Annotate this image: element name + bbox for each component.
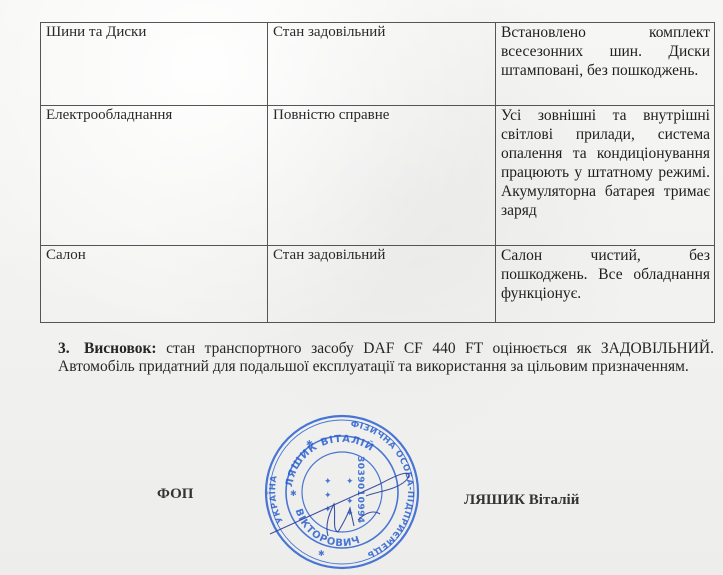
table-row: Салон Стан задовільний Салон чистий, без…: [41, 246, 715, 323]
description-cell: Салон чистий, без пошкоджень. Все обладн…: [496, 246, 715, 323]
conclusion-lead: Висновок:: [84, 340, 157, 357]
inspection-table: Шини та Диски Стан задовільний Встановле…: [40, 22, 715, 323]
conclusion-text: стан транспортного засобу DAF CF 440 FT …: [58, 340, 714, 375]
component-cell: Шини та Диски: [41, 23, 268, 106]
stamp-seal-icon: ФІЗИЧНА ОСОБА-ПІДПРИЄМЕЦЬ ЛЯШИК ВІТАЛІЙ …: [262, 412, 422, 572]
official-stamp: ФІЗИЧНА ОСОБА-ПІДПРИЄМЕЦЬ ЛЯШИК ВІТАЛІЙ …: [262, 412, 422, 572]
condition-cell: Стан задовільний: [268, 246, 496, 323]
svg-text:✱: ✱: [318, 549, 325, 558]
svg-text:✦: ✦: [324, 477, 332, 487]
table-row: Шини та Диски Стан задовільний Встановле…: [41, 23, 715, 106]
component-cell: Електрообладнання: [41, 106, 268, 246]
svg-text:✱: ✱: [290, 489, 297, 498]
svg-text:✦: ✦: [346, 477, 354, 487]
signature-left-label: ФОП: [157, 486, 193, 503]
condition-cell: Повністю справне: [268, 106, 496, 246]
conclusion-paragraph: 3.Висновок: стан транспортного засобу DA…: [58, 340, 714, 376]
signature-right-label: ЛЯШИК Віталій: [464, 492, 579, 509]
description-cell: Встановлено комплект всесезонних шин. Ди…: [496, 23, 715, 106]
svg-text:✦: ✦: [324, 491, 332, 501]
table-row: Електрообладнання Повністю справне Усі з…: [41, 106, 715, 246]
component-cell: Салон: [41, 246, 268, 323]
condition-cell: Стан задовільний: [268, 23, 496, 106]
description-cell: Усі зовнішні та внутрішні світлові прила…: [496, 106, 715, 246]
conclusion-number: 3.: [58, 340, 84, 358]
svg-text:✱: ✱: [306, 439, 313, 448]
stamp-code: 3039010994: [355, 456, 365, 524]
